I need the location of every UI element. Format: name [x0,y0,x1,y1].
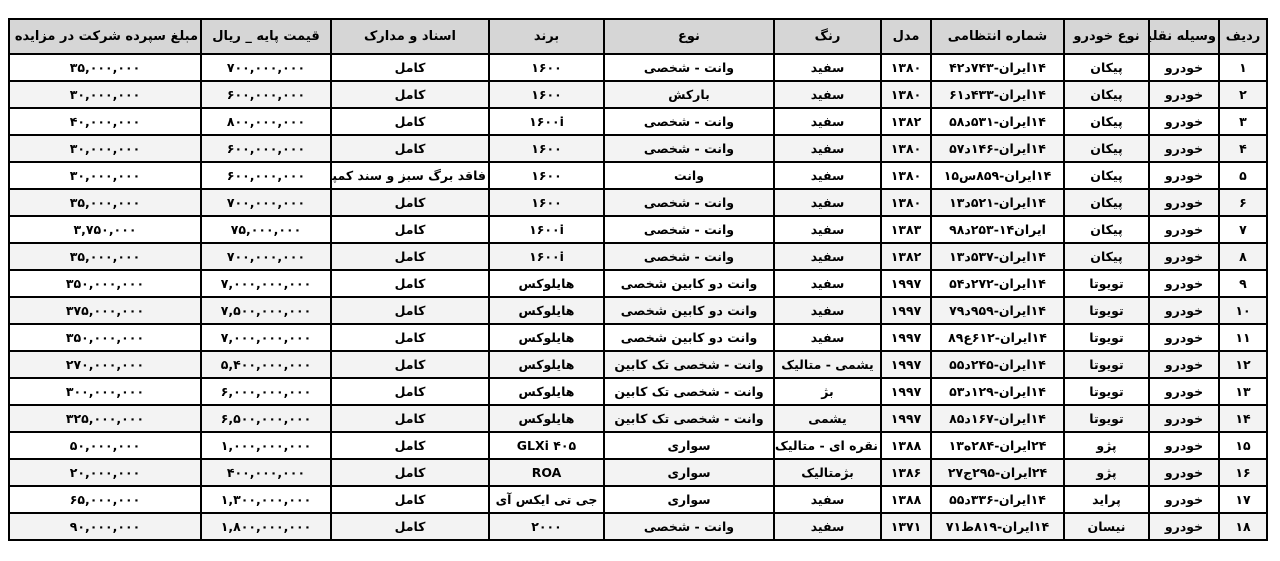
cell-docs: کامل [331,216,489,243]
cell-price: ۶۰۰,۰۰۰,۰۰۰ [201,81,331,108]
cell-model: ۱۳۸۰ [881,189,931,216]
cell-color: سفید [774,297,881,324]
cell-row: ۳ [1219,108,1267,135]
cell-cartype: پیکان [1064,54,1149,81]
cell-model: ۱۳۸۰ [881,135,931,162]
cell-vehicle: خودرو [1149,486,1219,513]
cell-type: وانت دو کابین شخصی [604,297,774,324]
header-deposit: مبلغ سپرده شرکت در مزایده ۵% [9,19,201,54]
cell-row: ۱۵ [1219,432,1267,459]
cell-model: ۱۳۷۱ [881,513,931,540]
cell-brand: هایلوکس [489,297,604,324]
table-row: ۱۷خودروپراید۱۴ایران-۳۳۶د۵۵۱۳۸۸سفیدسواریج… [9,486,1267,513]
cell-brand: GLXi ۴۰۵ [489,432,604,459]
cell-docs: کامل [331,108,489,135]
cell-model: ۱۳۸۳ [881,216,931,243]
cell-type: وانت - شخصی تک کابین [604,378,774,405]
cell-cartype: پژو [1064,432,1149,459]
cell-color: یشمی - متالیک [774,351,881,378]
cell-plate: ۱۴ایران-۸۵۹س۱۵ [931,162,1064,189]
cell-vehicle: خودرو [1149,324,1219,351]
cell-color: سفید [774,81,881,108]
cell-row: ۹ [1219,270,1267,297]
cell-model: ۱۹۹۷ [881,378,931,405]
cell-price: ۵,۴۰۰,۰۰۰,۰۰۰ [201,351,331,378]
cell-color: بژمتالیک [774,459,881,486]
header-docs: اسناد و مدارک [331,19,489,54]
cell-deposit: ۳۵۰,۰۰۰,۰۰۰ [9,324,201,351]
cell-vehicle: خودرو [1149,243,1219,270]
header-color: رنگ [774,19,881,54]
cell-type: وانت - شخصی [604,243,774,270]
cell-cartype: پیکان [1064,108,1149,135]
cell-row: ۶ [1219,189,1267,216]
cell-brand: ۱۶۰۰ [489,189,604,216]
header-row: ردیفوسیله نقلیهنوع خودروشماره انتظامیمدل… [9,19,1267,54]
cell-cartype: پیکان [1064,189,1149,216]
cell-brand: هایلوکس [489,324,604,351]
cell-type: وانت - شخصی تک کابین [604,405,774,432]
cell-price: ۶,۰۰۰,۰۰۰,۰۰۰ [201,378,331,405]
cell-docs: کامل [331,189,489,216]
cell-row: ۱۱ [1219,324,1267,351]
cell-deposit: ۳۰,۰۰۰,۰۰۰ [9,162,201,189]
cell-plate: ایران۱۴-۲۵۳د۹۸ [931,216,1064,243]
cell-deposit: ۵۰,۰۰۰,۰۰۰ [9,432,201,459]
cell-model: ۱۳۸۸ [881,486,931,513]
cell-plate: ۱۴ایران-۵۳۱د۵۸ [931,108,1064,135]
cell-vehicle: خودرو [1149,81,1219,108]
cell-model: ۱۹۹۷ [881,351,931,378]
cell-deposit: ۴۰,۰۰۰,۰۰۰ [9,108,201,135]
cell-brand: ۲۰۰۰ [489,513,604,540]
cell-vehicle: خودرو [1149,108,1219,135]
cell-vehicle: خودرو [1149,189,1219,216]
cell-type: سواری [604,432,774,459]
cell-deposit: ۳۵,۰۰۰,۰۰۰ [9,189,201,216]
cell-plate: ۱۴ایران-۱۲۹د۵۳ [931,378,1064,405]
cell-plate: ۱۴ایران-۹۵۹د۷۹ [931,297,1064,324]
cell-plate: ۱۴ایران-۱۴۶د۵۷ [931,135,1064,162]
cell-color: سفید [774,135,881,162]
cell-plate: ۱۴ایران-۳۳۶د۵۵ [931,486,1064,513]
cell-deposit: ۳,۷۵۰,۰۰۰ [9,216,201,243]
cell-docs: کامل [331,135,489,162]
table-row: ۲خودروپیکان۱۴ایران-۴۳۳د۶۱۱۳۸۰سفیدبارکش۱۶… [9,81,1267,108]
table-row: ۱۶خودروپژو۲۴ایران-۲۹۵ج۲۷۱۳۸۶بژمتالیکسوار… [9,459,1267,486]
cell-type: وانت - شخصی [604,54,774,81]
cell-vehicle: خودرو [1149,297,1219,324]
cell-price: ۸۰۰,۰۰۰,۰۰۰ [201,108,331,135]
cell-plate: ۱۴ایران-۶۱۲ع۸۹ [931,324,1064,351]
table-header: ردیفوسیله نقلیهنوع خودروشماره انتظامیمدل… [9,19,1267,54]
cell-deposit: ۳۰۰,۰۰۰,۰۰۰ [9,378,201,405]
table-row: ۹خودروتویوتا۱۴ایران-۲۷۲د۵۴۱۹۹۷سفیدوانت د… [9,270,1267,297]
cell-row: ۱۸ [1219,513,1267,540]
cell-color: یشمی [774,405,881,432]
cell-plate: ۱۴ایران-۱۶۷د۸۵ [931,405,1064,432]
cell-model: ۱۹۹۷ [881,405,931,432]
cell-cartype: پراید [1064,486,1149,513]
cell-price: ۷۵,۰۰۰,۰۰۰ [201,216,331,243]
cell-row: ۵ [1219,162,1267,189]
cell-deposit: ۲۷۰,۰۰۰,۰۰۰ [9,351,201,378]
cell-cartype: تویوتا [1064,324,1149,351]
cell-brand: هایلوکس [489,405,604,432]
table-row: ۱۲خودروتویوتا۱۴ایران-۲۴۵د۵۵۱۹۹۷یشمی - مت… [9,351,1267,378]
cell-brand: ۱۶۰۰i [489,216,604,243]
cell-price: ۷۰۰,۰۰۰,۰۰۰ [201,243,331,270]
cell-deposit: ۶۵,۰۰۰,۰۰۰ [9,486,201,513]
table-row: ۴خودروپیکان۱۴ایران-۱۴۶د۵۷۱۳۸۰سفیدوانت - … [9,135,1267,162]
table-row: ۱۱خودروتویوتا۱۴ایران-۶۱۲ع۸۹۱۹۹۷سفیدوانت … [9,324,1267,351]
cell-vehicle: خودرو [1149,54,1219,81]
header-vehicle: وسیله نقلیه [1149,19,1219,54]
cell-row: ۱۷ [1219,486,1267,513]
cell-type: وانت - شخصی [604,216,774,243]
cell-deposit: ۳۷۵,۰۰۰,۰۰۰ [9,297,201,324]
cell-price: ۱,۳۰۰,۰۰۰,۰۰۰ [201,486,331,513]
cell-brand: ROA [489,459,604,486]
cell-cartype: تویوتا [1064,378,1149,405]
vehicle-auction-table: ردیفوسیله نقلیهنوع خودروشماره انتظامیمدل… [8,18,1268,541]
cell-type: وانت - شخصی [604,189,774,216]
cell-docs: کامل [331,486,489,513]
cell-price: ۱,۸۰۰,۰۰۰,۰۰۰ [201,513,331,540]
cell-type: وانت [604,162,774,189]
cell-row: ۸ [1219,243,1267,270]
cell-row: ۱۲ [1219,351,1267,378]
cell-cartype: تویوتا [1064,297,1149,324]
cell-color: سفید [774,324,881,351]
cell-cartype: پیکان [1064,81,1149,108]
cell-price: ۷۰۰,۰۰۰,۰۰۰ [201,54,331,81]
cell-docs: کامل [331,351,489,378]
cell-model: ۱۳۸۶ [881,459,931,486]
cell-model: ۱۳۸۸ [881,432,931,459]
cell-plate: ۱۴ایران-۲۴۵د۵۵ [931,351,1064,378]
cell-model: ۱۳۸۰ [881,162,931,189]
cell-vehicle: خودرو [1149,513,1219,540]
cell-docs: کامل [331,513,489,540]
cell-color: نقره ای - متالیک [774,432,881,459]
cell-price: ۷,۵۰۰,۰۰۰,۰۰۰ [201,297,331,324]
auction-table-container: ردیفوسیله نقلیهنوع خودروشماره انتظامیمدل… [8,18,1268,541]
table-row: ۱۴خودروتویوتا۱۴ایران-۱۶۷د۸۵۱۹۹۷یشمیوانت … [9,405,1267,432]
cell-price: ۱,۰۰۰,۰۰۰,۰۰۰ [201,432,331,459]
cell-color: سفید [774,189,881,216]
header-type: نوع [604,19,774,54]
cell-deposit: ۳۲۵,۰۰۰,۰۰۰ [9,405,201,432]
cell-vehicle: خودرو [1149,135,1219,162]
cell-row: ۴ [1219,135,1267,162]
cell-cartype: پیکان [1064,162,1149,189]
cell-brand: ۱۶۰۰ [489,54,604,81]
cell-type: وانت - شخصی [604,135,774,162]
cell-vehicle: خودرو [1149,216,1219,243]
cell-cartype: پیکان [1064,216,1149,243]
cell-type: وانت - شخصی [604,513,774,540]
cell-row: ۱ [1219,54,1267,81]
header-brand: برند [489,19,604,54]
cell-plate: ۱۴ایران-۵۲۱د۱۳ [931,189,1064,216]
cell-price: ۷,۰۰۰,۰۰۰,۰۰۰ [201,270,331,297]
cell-docs: کامل [331,324,489,351]
cell-model: ۱۹۹۷ [881,270,931,297]
cell-color: سفید [774,108,881,135]
cell-plate: ۱۴ایران-۷۴۳د۴۲ [931,54,1064,81]
header-price: قیمت پایه _ ریال [201,19,331,54]
header-row: ردیف [1219,19,1267,54]
cell-row: ۷ [1219,216,1267,243]
cell-brand: هایلوکس [489,270,604,297]
cell-color: سفید [774,513,881,540]
header-plate: شماره انتظامی [931,19,1064,54]
cell-color: سفید [774,486,881,513]
cell-price: ۶,۵۰۰,۰۰۰,۰۰۰ [201,405,331,432]
cell-vehicle: خودرو [1149,378,1219,405]
document-page: ردیفوسیله نقلیهنوع خودروشماره انتظامیمدل… [0,0,1280,561]
cell-plate: ۲۴ایران-۲۸۴ه۱۳ [931,432,1064,459]
cell-docs: کامل [331,270,489,297]
cell-brand: هایلوکس [489,378,604,405]
cell-vehicle: خودرو [1149,405,1219,432]
table-body: ۱خودروپیکان۱۴ایران-۷۴۳د۴۲۱۳۸۰سفیدوانت - … [9,54,1267,540]
cell-plate: ۱۴ایران-۵۳۷د۱۳ [931,243,1064,270]
table-row: ۱۳خودروتویوتا۱۴ایران-۱۲۹د۵۳۱۹۹۷بژوانت - … [9,378,1267,405]
table-row: ۳خودروپیکان۱۴ایران-۵۳۱د۵۸۱۳۸۲سفیدوانت - … [9,108,1267,135]
cell-docs: کامل [331,297,489,324]
cell-deposit: ۳۰,۰۰۰,۰۰۰ [9,135,201,162]
cell-type: وانت - شخصی تک کابین [604,351,774,378]
cell-brand: جی تی ایکس آی [489,486,604,513]
cell-type: وانت دو کابین شخصی [604,270,774,297]
cell-cartype: تویوتا [1064,270,1149,297]
cell-docs: کامل [331,459,489,486]
cell-brand: ۱۶۰۰ [489,162,604,189]
cell-type: بارکش [604,81,774,108]
cell-price: ۶۰۰,۰۰۰,۰۰۰ [201,162,331,189]
cell-model: ۱۳۸۰ [881,54,931,81]
cell-vehicle: خودرو [1149,459,1219,486]
cell-model: ۱۳۸۲ [881,243,931,270]
cell-row: ۱۰ [1219,297,1267,324]
table-row: ۱۵خودروپژو۲۴ایران-۲۸۴ه۱۳۱۳۸۸نقره ای - مت… [9,432,1267,459]
cell-price: ۷,۰۰۰,۰۰۰,۰۰۰ [201,324,331,351]
cell-model: ۱۳۸۲ [881,108,931,135]
cell-color: بژ [774,378,881,405]
cell-vehicle: خودرو [1149,432,1219,459]
cell-docs: کامل [331,432,489,459]
table-row: ۵خودروپیکان۱۴ایران-۸۵۹س۱۵۱۳۸۰سفیدوانت۱۶۰… [9,162,1267,189]
cell-deposit: ۳۵,۰۰۰,۰۰۰ [9,54,201,81]
cell-plate: ۱۴ایران-۴۳۳د۶۱ [931,81,1064,108]
table-row: ۸خودروپیکان۱۴ایران-۵۳۷د۱۳۱۳۸۲سفیدوانت - … [9,243,1267,270]
table-row: ۱۰خودروتویوتا۱۴ایران-۹۵۹د۷۹۱۹۹۷سفیدوانت … [9,297,1267,324]
header-cartype: نوع خودرو [1064,19,1149,54]
cell-cartype: نیسان [1064,513,1149,540]
cell-model: ۱۹۹۷ [881,297,931,324]
cell-color: سفید [774,243,881,270]
cell-vehicle: خودرو [1149,162,1219,189]
cell-docs: کامل [331,54,489,81]
cell-docs: کامل [331,405,489,432]
cell-type: وانت - شخصی [604,108,774,135]
cell-color: سفید [774,216,881,243]
cell-type: سواری [604,459,774,486]
cell-cartype: تویوتا [1064,405,1149,432]
cell-deposit: ۹۰,۰۰۰,۰۰۰ [9,513,201,540]
cell-vehicle: خودرو [1149,270,1219,297]
cell-deposit: ۳۰,۰۰۰,۰۰۰ [9,81,201,108]
cell-deposit: ۳۵,۰۰۰,۰۰۰ [9,243,201,270]
cell-vehicle: خودرو [1149,351,1219,378]
cell-model: ۱۹۹۷ [881,324,931,351]
cell-brand: هایلوکس [489,351,604,378]
cell-cartype: تویوتا [1064,351,1149,378]
cell-price: ۴۰۰,۰۰۰,۰۰۰ [201,459,331,486]
table-row: ۷خودروپیکانایران۱۴-۲۵۳د۹۸۱۳۸۳سفیدوانت - … [9,216,1267,243]
cell-row: ۱۶ [1219,459,1267,486]
cell-docs: کامل [331,243,489,270]
cell-color: سفید [774,270,881,297]
table-row: ۶خودروپیکان۱۴ایران-۵۲۱د۱۳۱۳۸۰سفیدوانت - … [9,189,1267,216]
cell-deposit: ۲۰,۰۰۰,۰۰۰ [9,459,201,486]
cell-model: ۱۳۸۰ [881,81,931,108]
cell-row: ۱۴ [1219,405,1267,432]
cell-cartype: پیکان [1064,135,1149,162]
cell-color: سفید [774,54,881,81]
cell-brand: ۱۶۰۰ [489,135,604,162]
header-model: مدل [881,19,931,54]
cell-docs: کامل [331,378,489,405]
cell-color: سفید [774,162,881,189]
cell-docs: کامل [331,81,489,108]
cell-brand: ۱۶۰۰i [489,108,604,135]
cell-type: سواری [604,486,774,513]
cell-plate: ۱۴ایران-۸۱۹ط۷۱ [931,513,1064,540]
cell-row: ۱۳ [1219,378,1267,405]
cell-price: ۷۰۰,۰۰۰,۰۰۰ [201,189,331,216]
table-row: ۱۸خودرونیسان۱۴ایران-۸۱۹ط۷۱۱۳۷۱سفیدوانت -… [9,513,1267,540]
cell-docs: فاقد برگ سبز و سند کمپانی [331,162,489,189]
cell-type: وانت دو کابین شخصی [604,324,774,351]
cell-brand: ۱۶۰۰i [489,243,604,270]
cell-deposit: ۳۵۰,۰۰۰,۰۰۰ [9,270,201,297]
cell-price: ۶۰۰,۰۰۰,۰۰۰ [201,135,331,162]
table-row: ۱خودروپیکان۱۴ایران-۷۴۳د۴۲۱۳۸۰سفیدوانت - … [9,54,1267,81]
cell-plate: ۱۴ایران-۲۷۲د۵۴ [931,270,1064,297]
cell-plate: ۲۴ایران-۲۹۵ج۲۷ [931,459,1064,486]
cell-brand: ۱۶۰۰ [489,81,604,108]
cell-cartype: پژو [1064,459,1149,486]
cell-cartype: پیکان [1064,243,1149,270]
cell-row: ۲ [1219,81,1267,108]
